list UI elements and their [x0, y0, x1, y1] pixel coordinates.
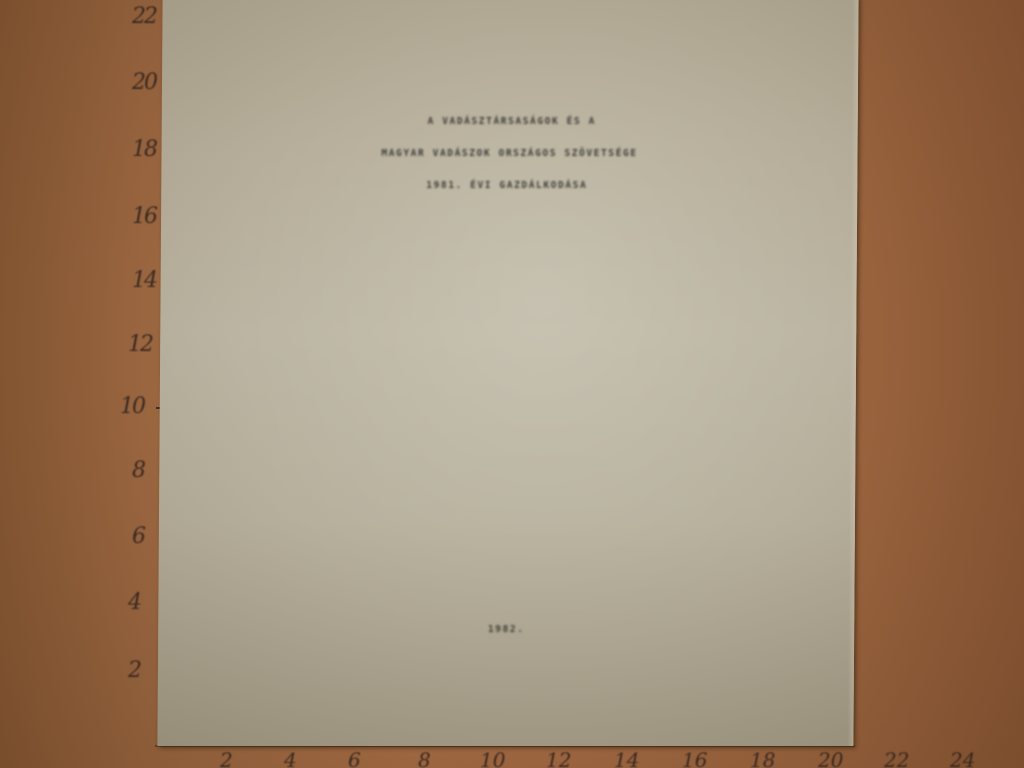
ruler-label: 4 [80, 590, 140, 615]
ruler-label: 22 [96, 4, 156, 29]
ruler-label: 18 [750, 748, 775, 768]
ruler-label: 10 [84, 394, 144, 419]
title-line-1: A VADÁSZTÁRSASÁGOK ÉS A [166, 106, 858, 138]
ruler-label: 2 [220, 748, 233, 768]
ruler-label: 10 [480, 748, 505, 768]
document-title: A VADÁSZTÁRSASÁGOK ÉS A MAGYAR VADÁSZOK … [161, 106, 858, 202]
ruler-label: 14 [96, 268, 156, 293]
ruler-label: 8 [418, 748, 431, 768]
ruler-label: 6 [348, 748, 361, 768]
ruler-label: 24 [950, 748, 975, 768]
ruler-label: 6 [84, 524, 144, 549]
document-year: 1982. [158, 624, 854, 635]
ruler-label: 2 [80, 658, 140, 683]
ruler-label: 14 [614, 748, 639, 768]
title-line-2: MAGYAR VADÁSZOK ORSZÁGOS SZÖVETSÉGE [161, 138, 857, 170]
ruler-label: 12 [92, 332, 152, 357]
ruler-label: 4 [284, 748, 297, 768]
title-line-3: 1981. ÉVI GAZDÁLKODÁSA [156, 170, 857, 202]
ruler-label: 22 [884, 748, 909, 768]
ruler-label: 16 [682, 748, 707, 768]
ruler-label: 12 [546, 748, 571, 768]
ruler-label: 8 [84, 458, 144, 483]
ruler-label: 20 [96, 70, 156, 95]
ruler-label: 16 [96, 204, 156, 229]
ruler-label: 18 [96, 137, 156, 162]
document-page: A VADÁSZTÁRSASÁGOK ÉS A MAGYAR VADÁSZOK … [157, 0, 858, 746]
ruler-label: 20 [818, 748, 843, 768]
